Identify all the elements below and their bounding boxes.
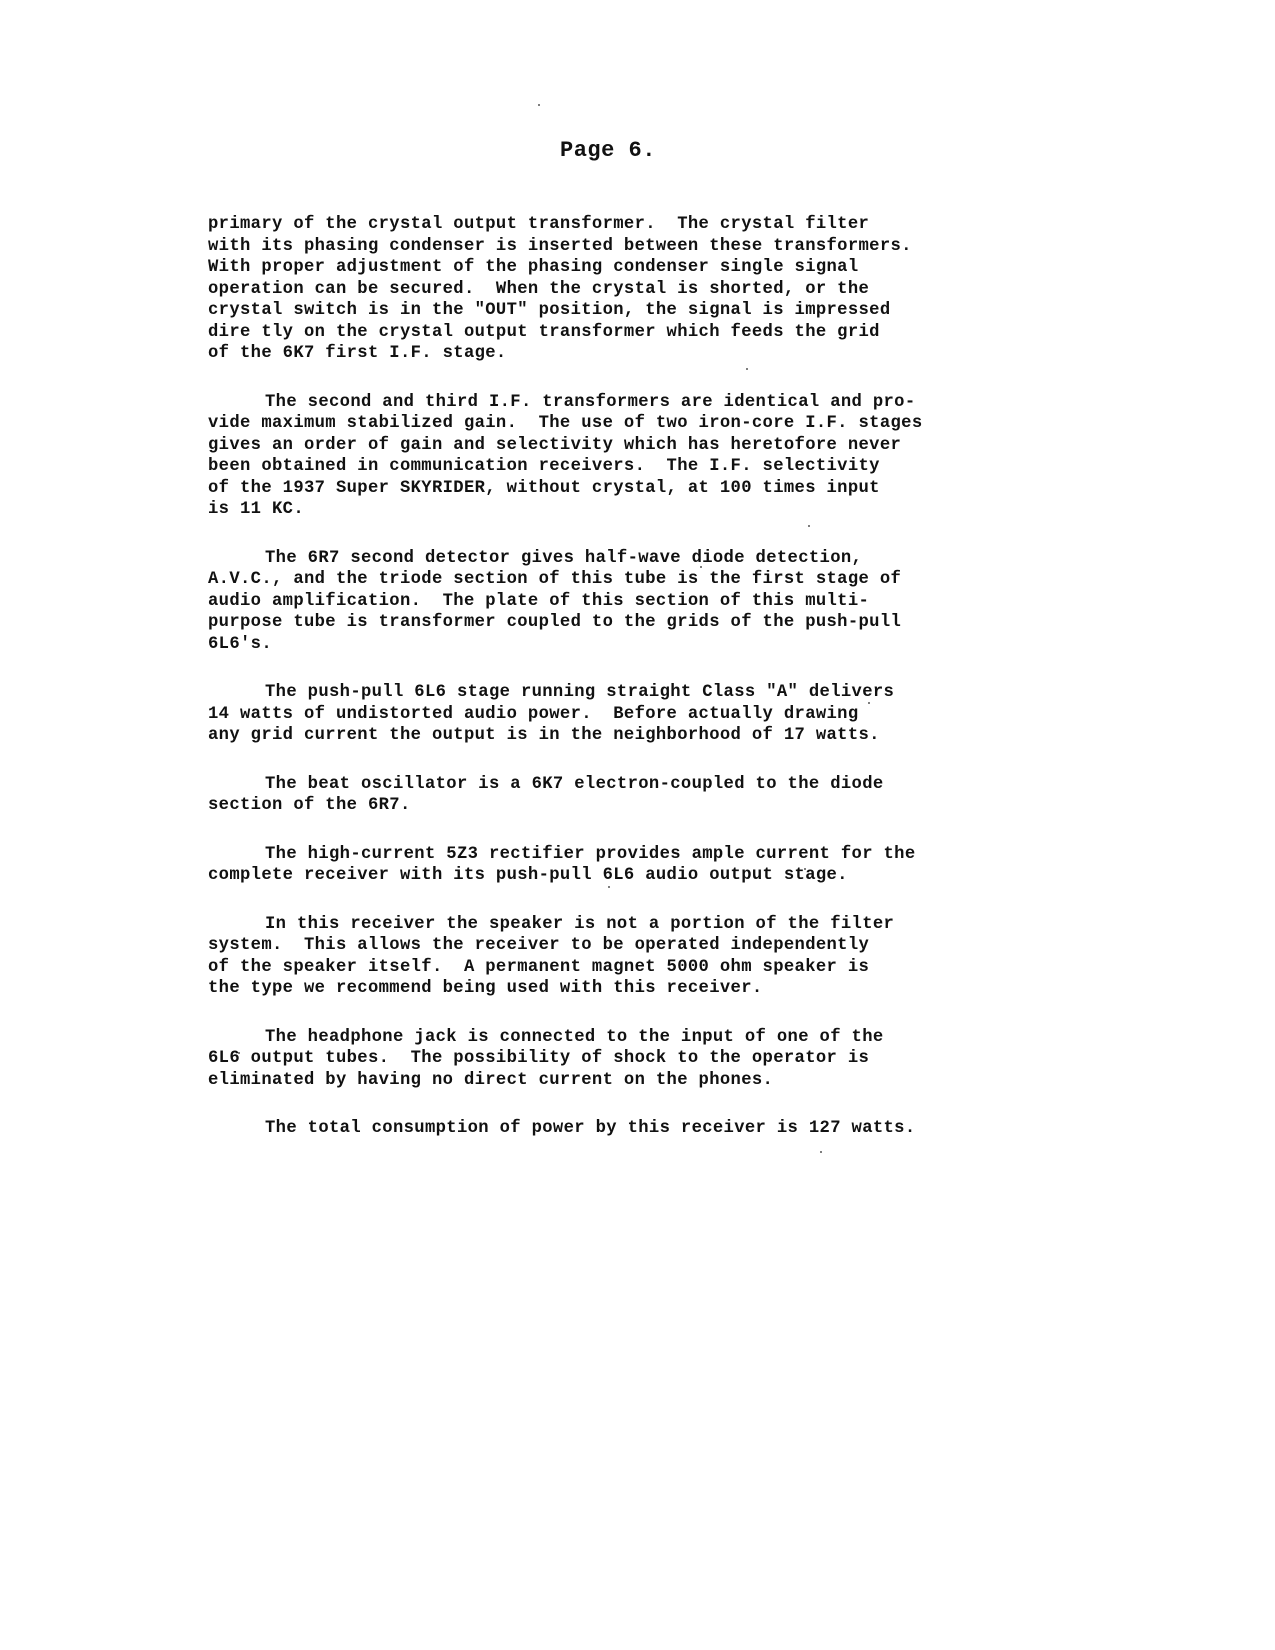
- text-line: The 6R7 second detector gives half-wave …: [208, 548, 1048, 570]
- text-line: 6L6 output tubes. The possibility of sho…: [208, 1048, 1048, 1070]
- text-line: section of the 6R7.: [208, 795, 1048, 817]
- text-line: 6L6's.: [208, 634, 1048, 656]
- scan-speck: [706, 848, 708, 850]
- scan-speck: [820, 1151, 822, 1153]
- text-line: any grid current the output is in the ne…: [208, 725, 1048, 747]
- scan-speck: [238, 1052, 240, 1054]
- text-line: eliminated by having no direct current o…: [208, 1070, 1048, 1092]
- text-line: dire tly on the crystal output transform…: [208, 322, 1048, 344]
- text-line: primary of the crystal output transforme…: [208, 214, 1048, 236]
- text-line: of the 1937 Super SKYRIDER, without crys…: [208, 478, 1048, 500]
- text-line: The second and third I.F. transformers a…: [208, 392, 1048, 414]
- paragraph: primary of the crystal output transforme…: [208, 214, 1048, 365]
- text-line: gives an order of gain and selectivity w…: [208, 435, 1048, 457]
- text-line: been obtained in communication receivers…: [208, 456, 1048, 478]
- text-line: audio amplification. The plate of this s…: [208, 591, 1048, 613]
- text-line: The beat oscillator is a 6K7 electron-co…: [208, 774, 1048, 796]
- paragraph: In this receiver the speaker is not a po…: [208, 914, 1048, 1000]
- text-line: With proper adjustment of the phasing co…: [208, 257, 1048, 279]
- paragraph: The high-current 5Z3 rectifier provides …: [208, 844, 1048, 887]
- paragraph: The beat oscillator is a 6K7 electron-co…: [208, 774, 1048, 817]
- text-line: with its phasing condenser is inserted b…: [208, 236, 1048, 258]
- scan-speck: [608, 886, 610, 888]
- text-line: of the 6K7 first I.F. stage.: [208, 343, 1048, 365]
- scan-speck: [804, 868, 806, 870]
- text-line: The headphone jack is connected to the i…: [208, 1027, 1048, 1049]
- text-line: In this receiver the speaker is not a po…: [208, 914, 1048, 936]
- scan-speck: [538, 104, 540, 106]
- paragraph: The total consumption of power by this r…: [208, 1118, 1048, 1140]
- scan-speck: [700, 566, 702, 568]
- text-line: crystal switch is in the "OUT" position,…: [208, 300, 1048, 322]
- text-line: of the speaker itself. A permanent magne…: [208, 957, 1048, 979]
- page-number: Page 6.: [560, 138, 656, 163]
- document-page: Page 6. primary of the crystal output tr…: [0, 0, 1275, 1650]
- scan-speck: [868, 702, 870, 704]
- text-line: complete receiver with its push-pull 6L6…: [208, 865, 1048, 887]
- text-line: The high-current 5Z3 rectifier provides …: [208, 844, 1048, 866]
- scan-speck: [808, 525, 810, 527]
- paragraph: The second and third I.F. transformers a…: [208, 392, 1048, 521]
- scan-speck: [746, 368, 748, 370]
- text-line: The push-pull 6L6 stage running straight…: [208, 682, 1048, 704]
- paragraph: The 6R7 second detector gives half-wave …: [208, 548, 1048, 656]
- text-line: A.V.C., and the triode section of this t…: [208, 569, 1048, 591]
- text-line: operation can be secured. When the cryst…: [208, 279, 1048, 301]
- text-line: 14 watts of undistorted audio power. Bef…: [208, 704, 1048, 726]
- paragraph: The headphone jack is connected to the i…: [208, 1027, 1048, 1092]
- body-text: primary of the crystal output transforme…: [208, 214, 1048, 1140]
- text-line: purpose tube is transformer coupled to t…: [208, 612, 1048, 634]
- text-line: The total consumption of power by this r…: [208, 1118, 1048, 1140]
- text-line: vide maximum stabilized gain. The use of…: [208, 413, 1048, 435]
- text-line: is 11 KC.: [208, 499, 1048, 521]
- text-line: the type we recommend being used with th…: [208, 978, 1048, 1000]
- text-line: system. This allows the receiver to be o…: [208, 935, 1048, 957]
- paragraph: The push-pull 6L6 stage running straight…: [208, 682, 1048, 747]
